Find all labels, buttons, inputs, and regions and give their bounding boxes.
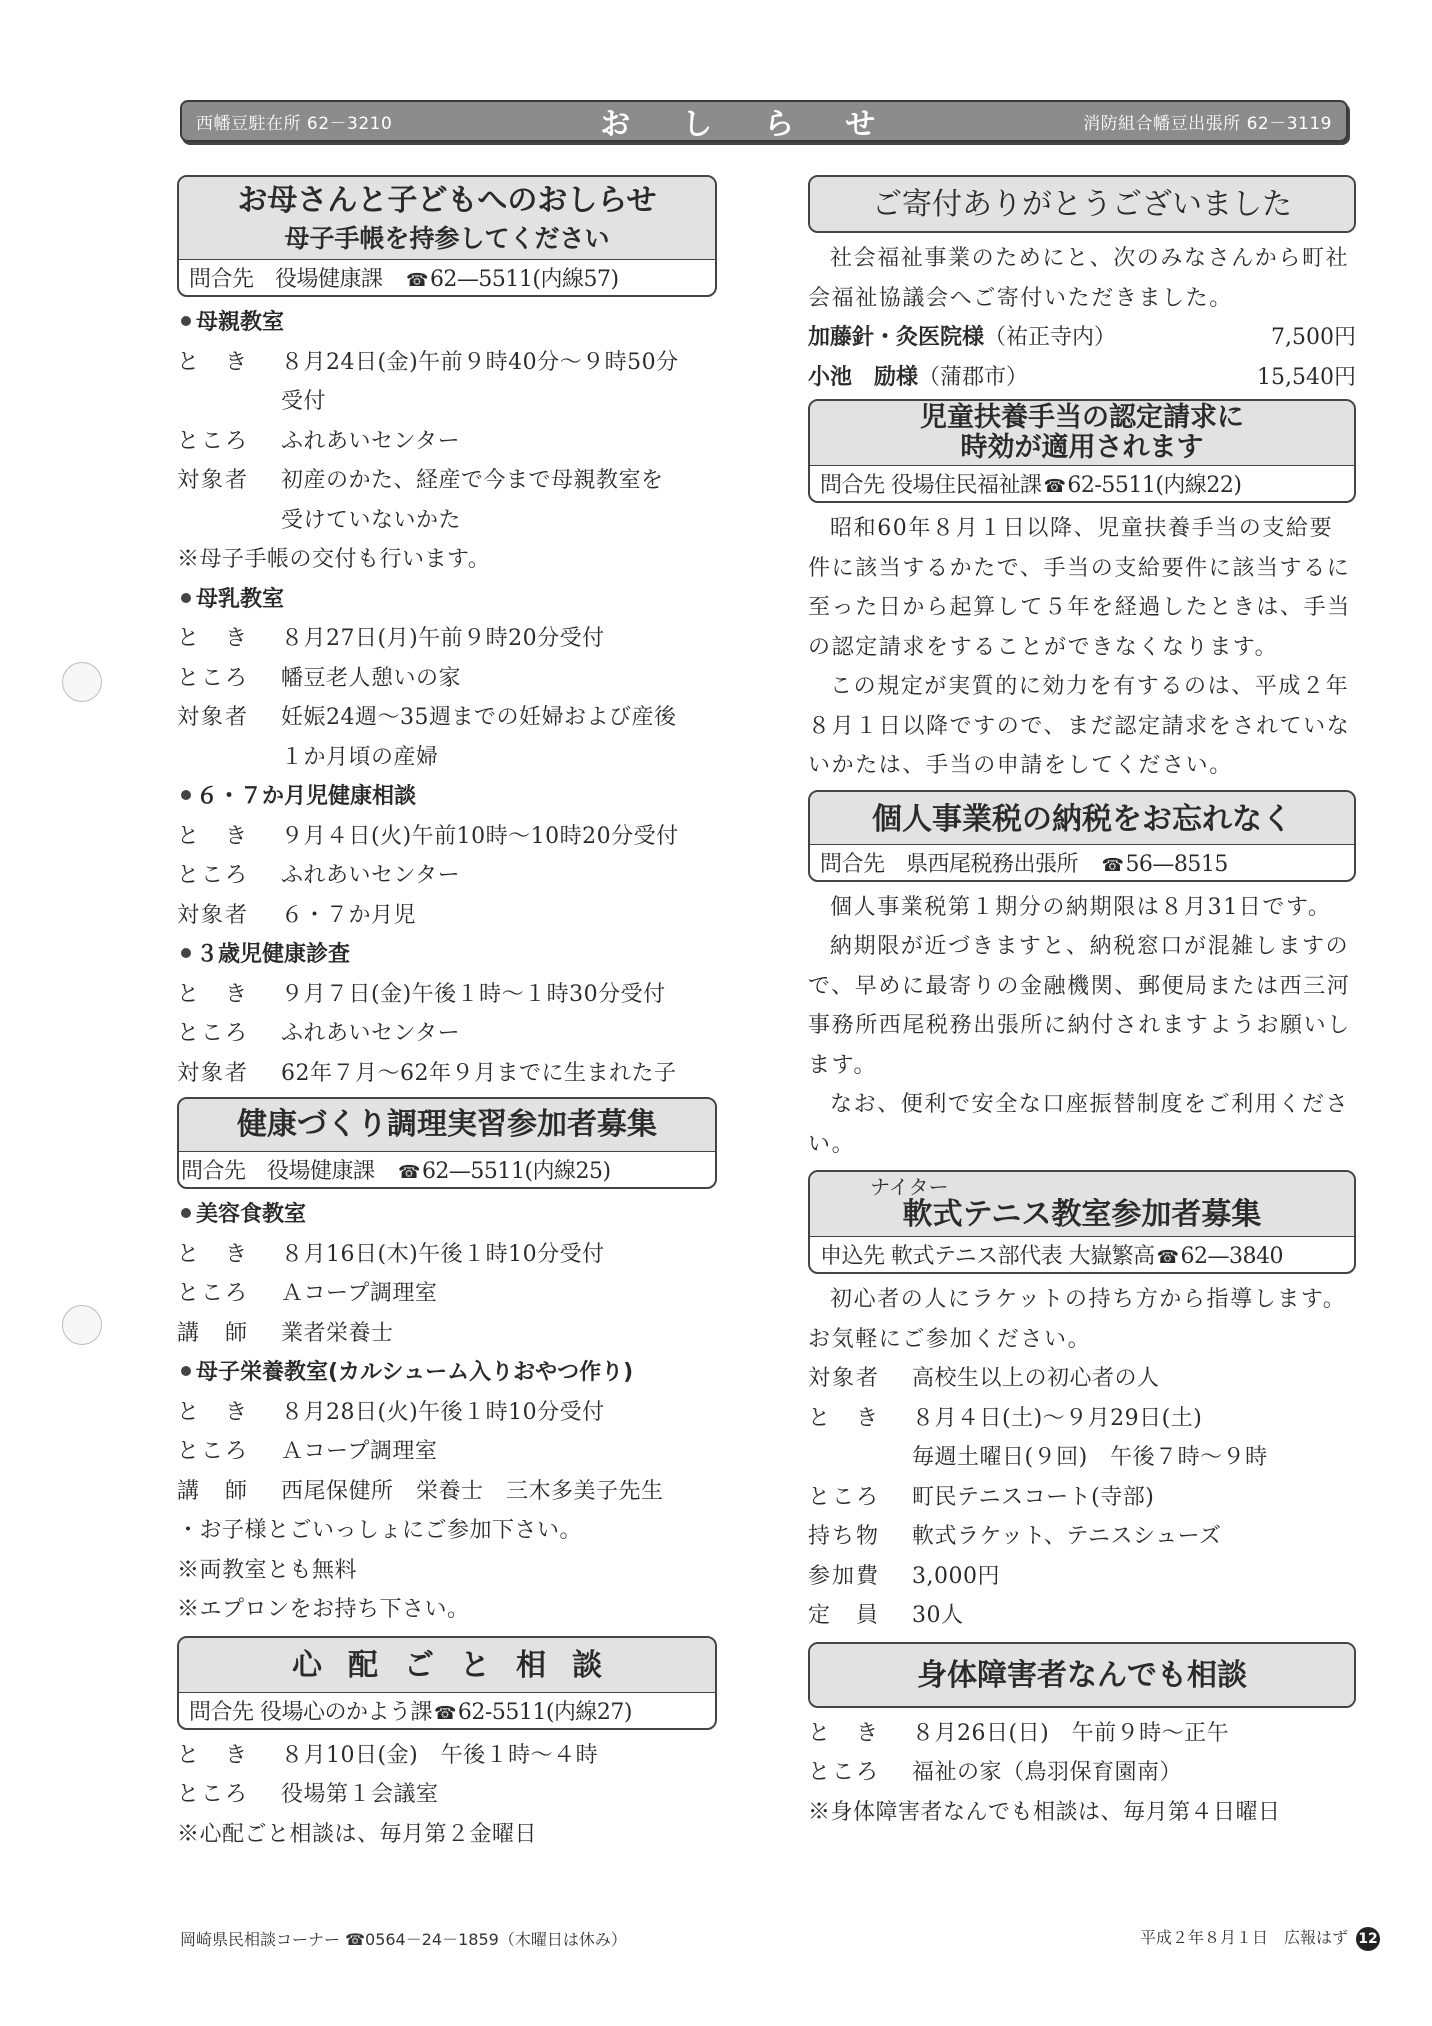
worry-consultation-contact: 問合先 役場心のかよう課☎62-5511(内線27) xyxy=(179,1693,715,1728)
info-row: 受けていないかた xyxy=(177,501,717,541)
info-row: 対象者62年７月～62年９月までに生まれた子 xyxy=(177,1054,717,1094)
contact-label: 問合先 役場健康課 xyxy=(181,1159,396,1184)
info-row: 定 員30人 xyxy=(808,1596,1356,1636)
contact-label: 問合先 役場心のかよう課 xyxy=(189,1700,432,1725)
info-row: と き９月７日(金)午後１時～１時30分受付 xyxy=(177,975,717,1015)
business-tax-paragraph: 納期限が近づきますと、納税窓口が混雑しますので、早めに最寄りの金融機関、郵便局ま… xyxy=(808,927,1356,1085)
info-row: ところ町民テニスコート(寺部) xyxy=(808,1478,1356,1518)
section-heading: 母親教室 xyxy=(177,303,717,343)
worry-consultation-title: 心配ごと相談 xyxy=(179,1646,717,1686)
info-row: と き８月27日(月)午前９時20分受付 xyxy=(177,619,717,659)
mother-child-subtitle: 母子手帳を持参してください xyxy=(179,221,715,257)
masthead-title: おしらせ xyxy=(600,99,927,143)
bullet-icon xyxy=(181,948,191,958)
business-tax-title: 個人事業税の納税をお忘れなく xyxy=(810,800,1354,840)
info-row: と き８月16日(木)午後１時10分受付 xyxy=(177,1235,717,1275)
tennis-class-kicker: ナイター xyxy=(810,1176,1354,1198)
mother-child-notice-box: お母さんと子どもへのおしらせ 母子手帳を持参してください 問合先 役場健康課 ☎… xyxy=(177,175,717,297)
disability-consultation-box: 身体障害者なんでも相談 xyxy=(808,1642,1356,1708)
worry-consultation-box: 心配ごと相談 問合先 役場心のかよう課☎62-5511(内線27) xyxy=(177,1636,717,1730)
info-row: 対象者６・７か月児 xyxy=(177,896,717,936)
masthead-fire-station: 消防組合幡豆出張所 62－3119 xyxy=(1083,109,1332,134)
info-row: と き８月４日(土)～９月29日(土) xyxy=(808,1399,1356,1439)
business-tax-contact: 問合先 県西尾税務出張所 ☎56—8515 xyxy=(810,845,1354,880)
info-row: ところ福祉の家（鳥羽保育園南） xyxy=(808,1753,1356,1793)
donation-paragraph: 社会福祉事業のためにと、次のみなさんから町社会福祉協議会へご寄付いただきました。 xyxy=(808,239,1356,318)
child-allowance-title-line2: 時効が適用されます xyxy=(810,433,1354,463)
donation-title: ご寄付ありがとうございました xyxy=(810,185,1354,225)
contact-label: 問合先 役場住民福祉課 xyxy=(820,473,1042,498)
mother-child-header: お母さんと子どもへのおしらせ 母子手帳を持参してください xyxy=(179,177,715,260)
phone-icon: ☎ xyxy=(434,1703,456,1724)
info-row: と き８月26日(日) 午前９時～正午 xyxy=(808,1714,1356,1754)
bullet-icon xyxy=(181,593,191,603)
mother-child-contact: 問合先 役場健康課 ☎62—5511(内線57) xyxy=(179,260,715,295)
info-row: と き８月28日(火)午後１時10分受付 xyxy=(177,1393,717,1433)
info-row: 受付 xyxy=(177,382,717,422)
donor-row: 加藤針・灸医院様（祐正寺内） 7,500円 xyxy=(808,318,1356,358)
contact-label: 問合先 県西尾税務出張所 xyxy=(820,852,1100,877)
business-tax-paragraph: なお、便利で安全な口座振替制度をご利用ください。 xyxy=(808,1085,1356,1164)
info-row: ところふれあいセンター xyxy=(177,856,717,896)
donation-header: ご寄付ありがとうございました xyxy=(810,177,1354,231)
phone-icon: ☎ xyxy=(1044,476,1066,497)
info-row: と き８月24日(金)午前９時40分～９時50分 xyxy=(177,343,717,383)
child-allowance-paragraph: この規定が実質的に効力を有するのは、平成２年８月１日以降ですので、まだ認定請求を… xyxy=(808,667,1356,786)
disability-consultation-title: 身体障害者なんでも相談 xyxy=(810,1656,1354,1696)
footer-consultation-corner: 岡崎県民相談コーナー ☎0564－24－1859（木曜日は休み） xyxy=(180,1927,627,1950)
info-row: ところＡコープ調理室 xyxy=(177,1432,717,1472)
page-number-badge: 12 xyxy=(1356,1927,1380,1951)
cooking-class-contact: 問合先 役場健康課 ☎62—5511(内線25) xyxy=(179,1152,715,1187)
section-heading: 母子栄養教室(カルシューム入りおやつ作り) xyxy=(177,1353,717,1393)
page-footer: 岡崎県民相談コーナー ☎0564－24－1859（木曜日は休み） 平成２年８月１… xyxy=(180,1925,1380,1951)
cooking-class-box: 健康づくり調理実習参加者募集 問合先 役場健康課 ☎62—5511(内線25) xyxy=(177,1097,717,1189)
worry-consultation-header: 心配ごと相談 xyxy=(179,1638,715,1693)
note: ※エプロンをお持ち下さい。 xyxy=(177,1590,717,1630)
contact-phone: 56—8515 xyxy=(1125,852,1227,877)
tennis-class-box: ナイター 軟式テニス教室参加者募集 申込先 軟式テニス部代表 大嶽繁高☎62—3… xyxy=(808,1170,1356,1274)
info-row: 持ち物軟式ラケット、テニスシューズ xyxy=(808,1517,1356,1557)
binder-hole-bottom xyxy=(62,1305,102,1345)
footer-issue-info: 平成２年８月１日 広報はず12 xyxy=(1140,1925,1380,1951)
contact-phone: 62—5511(内線57) xyxy=(430,267,619,292)
section-heading: 美容食教室 xyxy=(177,1195,717,1235)
phone-icon: ☎ xyxy=(406,270,428,291)
info-row: ところ役場第１会議室 xyxy=(177,1775,717,1815)
contact-phone: 62-5511(内線27) xyxy=(458,1700,632,1725)
info-row: 対象者初産のかた、経産で今まで母親教室を xyxy=(177,461,717,501)
right-column: ご寄付ありがとうございました 社会福祉事業のためにと、次のみなさんから町社会福祉… xyxy=(808,175,1356,1832)
child-allowance-contact: 問合先 役場住民福祉課☎62-5511(内線22) xyxy=(810,466,1354,501)
bullet-icon xyxy=(181,316,191,326)
contact-label: 問合先 役場健康課 xyxy=(189,267,404,292)
donation-amount: 15,540円 xyxy=(1257,358,1356,398)
tennis-class-title: 軟式テニス教室参加者募集 xyxy=(810,1198,1354,1232)
masthead-police-box: 西幡豆駐在所 62－3210 xyxy=(196,109,392,134)
tennis-class-paragraph: 初心者の人にラケットの持ち方から指導します。お気軽にご参加ください。 xyxy=(808,1280,1356,1359)
info-row: １か月頃の産婦 xyxy=(177,738,717,778)
left-column: お母さんと子どもへのおしらせ 母子手帳を持参してください 問合先 役場健康課 ☎… xyxy=(177,175,717,1854)
info-row: 対象者高校生以上の初心者の人 xyxy=(808,1359,1356,1399)
child-allowance-header: 児童扶養手当の認定請求に 時効が適用されます xyxy=(810,401,1354,466)
contact-phone: 62—3840 xyxy=(1181,1244,1283,1269)
info-row: 講 師西尾保健所 栄養士 三木多美子先生 xyxy=(177,1472,717,1512)
bullet-icon xyxy=(181,790,191,800)
donation-box: ご寄付ありがとうございました xyxy=(808,175,1356,233)
note: ※心配ごと相談は、毎月第２金曜日 xyxy=(177,1815,717,1855)
info-row: 参加費3,000円 xyxy=(808,1557,1356,1597)
info-row: ところ幡豆老人憩いの家 xyxy=(177,659,717,699)
child-allowance-title-line1: 児童扶養手当の認定請求に xyxy=(810,403,1354,433)
section-heading: ６・７か月児健康相談 xyxy=(177,777,717,817)
note: ※身体障害者なんでも相談は、毎月第４日曜日 xyxy=(808,1793,1356,1833)
binder-hole-top xyxy=(62,662,102,702)
cooking-class-title: 健康づくり調理実習参加者募集 xyxy=(179,1105,715,1145)
donation-amount: 7,500円 xyxy=(1271,318,1356,358)
info-row: 毎週土曜日(９回) 午後７時～９時 xyxy=(808,1438,1356,1478)
business-tax-box: 個人事業税の納税をお忘れなく 問合先 県西尾税務出張所 ☎56—8515 xyxy=(808,790,1356,882)
business-tax-paragraph: 個人事業税第１期分の納期限は８月31日です。 xyxy=(808,888,1356,928)
note: ※母子手帳の交付も行います。 xyxy=(177,540,717,580)
note: ・お子様とごいっしょにご参加下さい。 xyxy=(177,1511,717,1551)
tennis-class-contact: 申込先 軟式テニス部代表 大嶽繁高☎62—3840 xyxy=(810,1237,1354,1272)
info-row: ところふれあいセンター xyxy=(177,422,717,462)
contact-label: 申込先 軟式テニス部代表 大嶽繁高 xyxy=(820,1244,1155,1269)
note: ※両教室とも無料 xyxy=(177,1551,717,1591)
info-row: と き９月４日(火)午前10時～10時20分受付 xyxy=(177,817,717,857)
phone-icon: ☎ xyxy=(1102,855,1124,876)
bullet-icon xyxy=(181,1366,191,1376)
contact-phone: 62-5511(内線22) xyxy=(1067,473,1241,498)
section-heading: ３歳児健康診査 xyxy=(177,935,717,975)
info-row: 講 師業者栄養士 xyxy=(177,1314,717,1354)
disability-consultation-header: 身体障害者なんでも相談 xyxy=(810,1644,1354,1706)
info-row: ところＡコープ調理室 xyxy=(177,1274,717,1314)
donor-row: 小池 励様（蒲郡市） 15,540円 xyxy=(808,358,1356,398)
masthead-bar: 西幡豆駐在所 62－3210 おしらせ 消防組合幡豆出張所 62－3119 xyxy=(180,100,1348,142)
bullet-icon xyxy=(181,1208,191,1218)
phone-icon: ☎ xyxy=(398,1162,420,1183)
tennis-class-header: ナイター 軟式テニス教室参加者募集 xyxy=(810,1172,1354,1237)
business-tax-header: 個人事業税の納税をお忘れなく xyxy=(810,792,1354,845)
mother-child-title: お母さんと子どもへのおしらせ xyxy=(179,181,715,221)
section-heading: 母乳教室 xyxy=(177,580,717,620)
child-allowance-paragraph: 昭和60年８月１日以降、児童扶養手当の支給要件に該当するかたで、手当の支給要件に… xyxy=(808,509,1356,667)
contact-phone: 62—5511(内線25) xyxy=(422,1159,611,1184)
child-allowance-box: 児童扶養手当の認定請求に 時効が適用されます 問合先 役場住民福祉課☎62-55… xyxy=(808,399,1356,503)
info-row: 対象者妊娠24週～35週までの妊婦および産後 xyxy=(177,698,717,738)
info-row: ところふれあいセンター xyxy=(177,1014,717,1054)
phone-icon: ☎ xyxy=(1157,1247,1179,1268)
cooking-class-header: 健康づくり調理実習参加者募集 xyxy=(179,1099,715,1152)
info-row: と き８月10日(金) 午後１時～４時 xyxy=(177,1736,717,1776)
